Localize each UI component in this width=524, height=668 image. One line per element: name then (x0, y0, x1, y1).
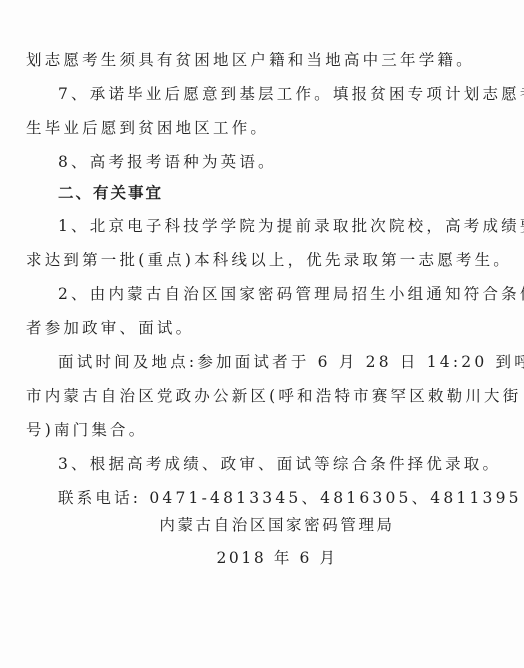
paragraph-line: 者参加政审、面试。 (26, 318, 194, 338)
item-2-line: 2、由内蒙古自治区国家密码管理局招生小组通知符合条件 (58, 284, 524, 304)
item-8-line: 8、高考报考语种为英语。 (58, 152, 277, 172)
signature-date: 2018 年 6 月 (0, 548, 524, 568)
paragraph-line: 求达到第一批(重点)本科线以上，优先录取第一志愿考生。 (26, 250, 512, 270)
paragraph-line: 市内蒙古自治区党政办公新区(呼和浩特市赛罕区敕勒川大街 1 (26, 386, 524, 406)
item-7-line: 7、承诺毕业后愿意到基层工作。填报贫困专项计划志愿考 (58, 84, 524, 104)
interview-info-line: 面试时间及地点:参加面试者于 6 月 28 日 14:20 到呼和浩特 (58, 352, 524, 372)
paragraph-line: 生毕业后愿到贫困地区工作。 (26, 118, 269, 138)
section-heading: 二、有关事宜 (58, 183, 163, 203)
paragraph-line: 划志愿考生须具有贫困地区户籍和当地高中三年学籍。 (26, 50, 475, 70)
signature-organization: 内蒙古自治区国家密码管理局 (0, 515, 524, 535)
contact-phone-line: 联系电话: 0471-4813345、4816305、4811395 (58, 488, 522, 508)
paragraph-line: 号)南门集合。 (26, 420, 147, 440)
item-3-line: 3、根据高考成绩、政审、面试等综合条件择优录取。 (58, 454, 501, 474)
item-1-line: 1、北京电子科技学学院为提前录取批次院校，高考成绩要 (58, 216, 524, 236)
